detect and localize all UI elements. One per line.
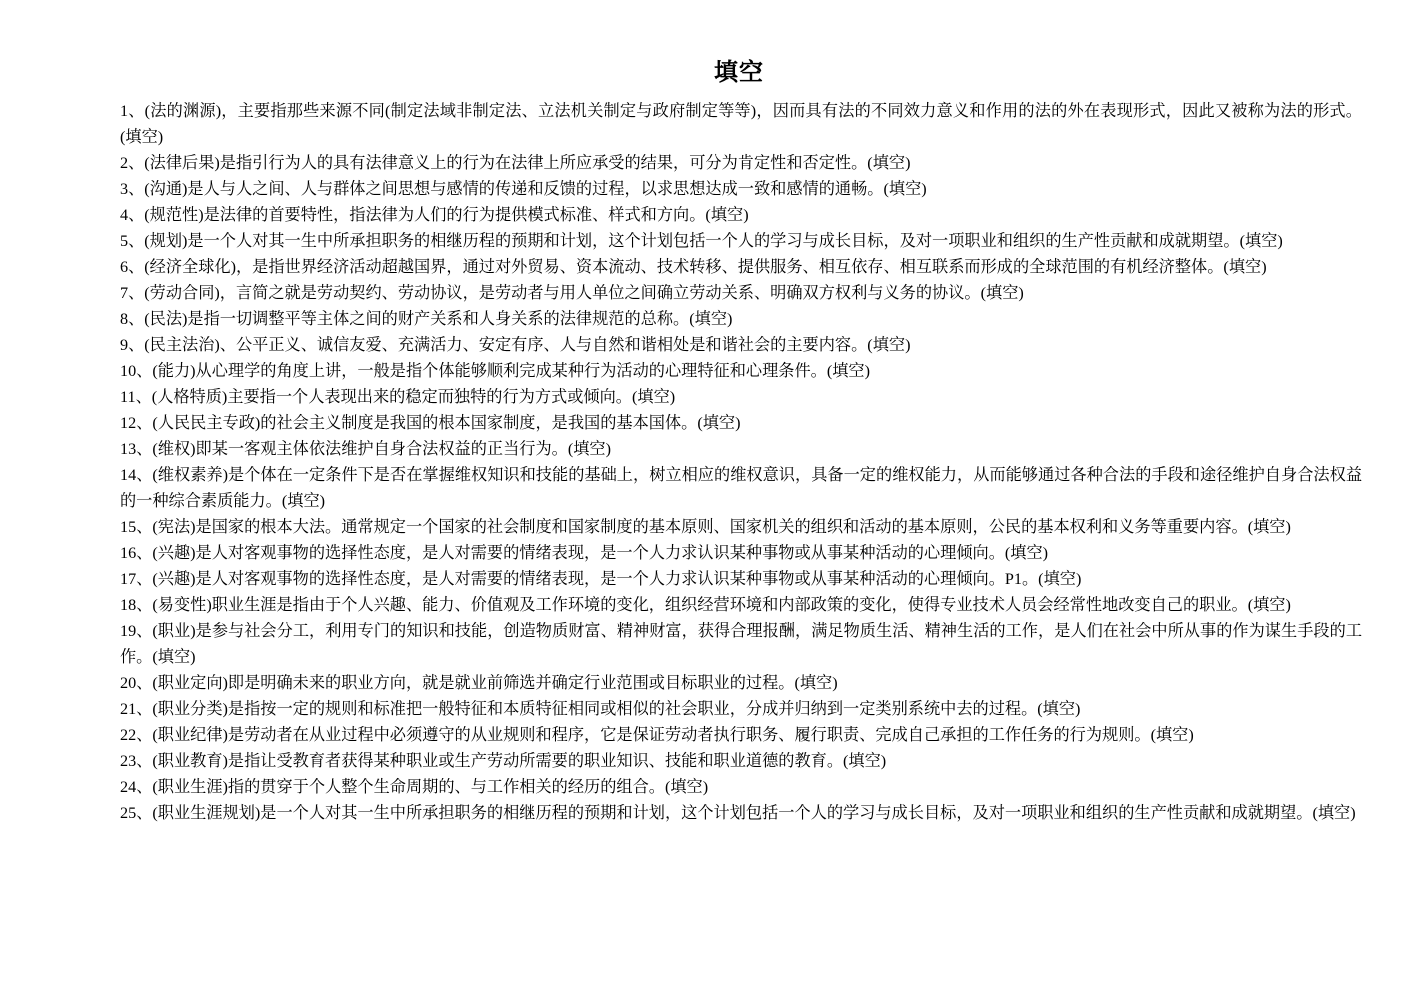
list-item: 3、(沟通)是人与人之间、人与群体之间思想与感情的传递和反馈的过程，以求思想达成… bbox=[120, 176, 1362, 202]
list-item: 5、(规划)是一个人对其一生中所承担职务的相继历程的预期和计划，这个计划包括一个… bbox=[120, 228, 1362, 254]
item-number: 20、 bbox=[120, 674, 152, 692]
list-item: 23、(职业教育)是指让受教育者获得某种职业或生产劳动所需要的职业知识、技能和职… bbox=[120, 748, 1362, 774]
item-text: (职业分类)是指按一定的规则和标准把一般特征和本质特征相同或相似的社会职业，分成… bbox=[152, 700, 1080, 718]
item-text: (职业生涯规划)是一个人对其一生中所承担职务的相继历程的预期和计划，这个计划包括… bbox=[152, 804, 1355, 822]
list-item: 13、(维权)即某一客观主体依法维护自身合法权益的正当行为。(填空) bbox=[120, 436, 1362, 462]
item-text: (兴趣)是人对客观事物的选择性态度，是人对需要的情绪表现，是一个人力求认识某种事… bbox=[152, 570, 1081, 588]
page-title: 填空 bbox=[0, 56, 1404, 90]
item-number: 17、 bbox=[120, 570, 152, 588]
item-number: 22、 bbox=[120, 726, 152, 744]
list-item: 21、(职业分类)是指按一定的规则和标准把一般特征和本质特征相同或相似的社会职业… bbox=[120, 696, 1362, 722]
item-number: 1、 bbox=[120, 102, 145, 120]
item-text: (沟通)是人与人之间、人与群体之间思想与感情的传递和反馈的过程，以求思想达成一致… bbox=[144, 180, 926, 198]
item-number: 9、 bbox=[120, 336, 144, 354]
item-text: (易变性)职业生涯是指由于个人兴趣、能力、价值观及工作环境的变化，组织经营环境和… bbox=[152, 596, 1291, 614]
list-item: 8、(民法)是指一切调整平等主体之间的财产关系和人身关系的法律规范的总称。(填空… bbox=[120, 306, 1362, 332]
item-number: 7、 bbox=[120, 284, 144, 302]
list-item: 2、(法律后果)是指引行为人的具有法律意义上的行为在法律上所应承受的结果，可分为… bbox=[120, 150, 1362, 176]
item-number: 10、 bbox=[120, 362, 152, 380]
list-item: 18、(易变性)职业生涯是指由于个人兴趣、能力、价值观及工作环境的变化，组织经营… bbox=[120, 592, 1362, 618]
list-item: 20、(职业定向)即是明确未来的职业方向，就是就业前筛选并确定行业范围或目标职业… bbox=[120, 670, 1362, 696]
item-text: (规划)是一个人对其一生中所承担职务的相继历程的预期和计划，这个计划包括一个人的… bbox=[144, 232, 1283, 250]
item-number: 25、 bbox=[120, 804, 152, 822]
item-text: (职业生涯)指的贯穿于个人整个生命周期的、与工作相关的经历的组合。(填空) bbox=[152, 778, 708, 796]
item-text: (职业教育)是指让受教育者获得某种职业或生产劳动所需要的职业知识、技能和职业道德… bbox=[152, 752, 886, 770]
list-item: 9、(民主法治)、公平正义、诚信友爱、充满活力、安定有序、人与自然和谐相处是和谐… bbox=[120, 332, 1362, 358]
item-number: 21、 bbox=[120, 700, 152, 718]
item-text: (法律后果)是指引行为人的具有法律意义上的行为在法律上所应承受的结果，可分为肯定… bbox=[144, 154, 910, 172]
list-item: 14、(维权素养)是个体在一定条件下是否在掌握维权知识和技能的基础上，树立相应的… bbox=[120, 462, 1362, 514]
list-item: 17、(兴趣)是人对客观事物的选择性态度，是人对需要的情绪表现，是一个人力求认识… bbox=[120, 566, 1362, 592]
list-item: 12、(人民民主专政)的社会主义制度是我国的根本国家制度，是我国的基本国体。(填… bbox=[120, 410, 1362, 436]
item-number: 18、 bbox=[120, 596, 152, 614]
list-item: 4、(规范性)是法律的首要特性，指法律为人们的行为提供模式标准、样式和方向。(填… bbox=[120, 202, 1362, 228]
item-text: (兴趣)是人对客观事物的选择性态度，是人对需要的情绪表现，是一个人力求认识某种事… bbox=[152, 544, 1048, 562]
item-text: (规范性)是法律的首要特性，指法律为人们的行为提供模式标准、样式和方向。(填空) bbox=[144, 206, 748, 224]
item-text: (劳动合同)，言简之就是劳动契约、劳动协议，是劳动者与用人单位之间确立劳动关系、… bbox=[144, 284, 1024, 302]
item-number: 11、 bbox=[120, 388, 152, 406]
list-item: 25、(职业生涯规划)是一个人对其一生中所承担职务的相继历程的预期和计划，这个计… bbox=[120, 800, 1362, 826]
fill-in-blank-list: 1、(法的渊源)，主要指那些来源不同(制定法域非制定法、立法机关制定与政府制定等… bbox=[120, 98, 1362, 826]
item-text: (维权素养)是个体在一定条件下是否在掌握维权知识和技能的基础上，树立相应的维权意… bbox=[120, 466, 1362, 510]
item-number: 2、 bbox=[120, 154, 144, 172]
item-number: 14、 bbox=[120, 466, 152, 484]
item-text: (职业纪律)是劳动者在从业过程中必须遵守的从业规则和程序，它是保证劳动者执行职务… bbox=[152, 726, 1193, 744]
item-text: (民法)是指一切调整平等主体之间的财产关系和人身关系的法律规范的总称。(填空) bbox=[144, 310, 732, 328]
item-number: 13、 bbox=[120, 440, 152, 458]
list-item: 19、(职业)是参与社会分工，利用专门的知识和技能，创造物质财富、精神财富，获得… bbox=[120, 618, 1362, 670]
item-number: 8、 bbox=[120, 310, 144, 328]
item-text: (经济全球化)，是指世界经济活动超越国界，通过对外贸易、资本流动、技术转移、提供… bbox=[144, 258, 1266, 276]
list-item: 24、(职业生涯)指的贯穿于个人整个生命周期的、与工作相关的经历的组合。(填空) bbox=[120, 774, 1362, 800]
item-number: 24、 bbox=[120, 778, 152, 796]
item-number: 4、 bbox=[120, 206, 144, 224]
item-text: (能力)从心理学的角度上讲，一般是指个体能够顺利完成某种行为活动的心理特征和心理… bbox=[152, 362, 870, 380]
item-number: 16、 bbox=[120, 544, 152, 562]
list-item: 22、(职业纪律)是劳动者在从业过程中必须遵守的从业规则和程序，它是保证劳动者执… bbox=[120, 722, 1362, 748]
item-number: 12、 bbox=[120, 414, 152, 432]
item-number: 15、 bbox=[120, 518, 152, 536]
list-item: 6、(经济全球化)，是指世界经济活动超越国界，通过对外贸易、资本流动、技术转移、… bbox=[120, 254, 1362, 280]
list-item: 16、(兴趣)是人对客观事物的选择性态度，是人对需要的情绪表现，是一个人力求认识… bbox=[120, 540, 1362, 566]
item-text: (职业)是参与社会分工，利用专门的知识和技能，创造物质财富、精神财富，获得合理报… bbox=[120, 622, 1362, 666]
list-item: 1、(法的渊源)，主要指那些来源不同(制定法域非制定法、立法机关制定与政府制定等… bbox=[120, 98, 1362, 150]
list-item: 15、(宪法)是国家的根本大法。通常规定一个国家的社会制度和国家制度的基本原则、… bbox=[120, 514, 1362, 540]
item-number: 3、 bbox=[120, 180, 144, 198]
item-text: (人民民主专政)的社会主义制度是我国的根本国家制度，是我国的基本国体。(填空) bbox=[152, 414, 740, 432]
list-item: 10、(能力)从心理学的角度上讲，一般是指个体能够顺利完成某种行为活动的心理特征… bbox=[120, 358, 1362, 384]
list-item: 11、(人格特质)主要指一个人表现出来的稳定而独特的行为方式或倾向。(填空) bbox=[120, 384, 1362, 410]
item-text: (职业定向)即是明确未来的职业方向，就是就业前筛选并确定行业范围或目标职业的过程… bbox=[152, 674, 837, 692]
item-text: (民主法治)、公平正义、诚信友爱、充满活力、安定有序、人与自然和谐相处是和谐社会… bbox=[144, 336, 910, 354]
item-number: 23、 bbox=[120, 752, 152, 770]
item-text: (维权)即某一客观主体依法维护自身合法权益的正当行为。(填空) bbox=[152, 440, 611, 458]
item-number: 6、 bbox=[120, 258, 144, 276]
item-text: (宪法)是国家的根本大法。通常规定一个国家的社会制度和国家制度的基本原则、国家机… bbox=[152, 518, 1291, 536]
item-text: (人格特质)主要指一个人表现出来的稳定而独特的行为方式或倾向。(填空) bbox=[152, 388, 675, 406]
item-number: 5、 bbox=[120, 232, 144, 250]
item-number: 19、 bbox=[120, 622, 152, 640]
item-text: (法的渊源)，主要指那些来源不同(制定法域非制定法、立法机关制定与政府制定等等)… bbox=[120, 102, 1362, 146]
list-item: 7、(劳动合同)，言简之就是劳动契约、劳动协议，是劳动者与用人单位之间确立劳动关… bbox=[120, 280, 1362, 306]
